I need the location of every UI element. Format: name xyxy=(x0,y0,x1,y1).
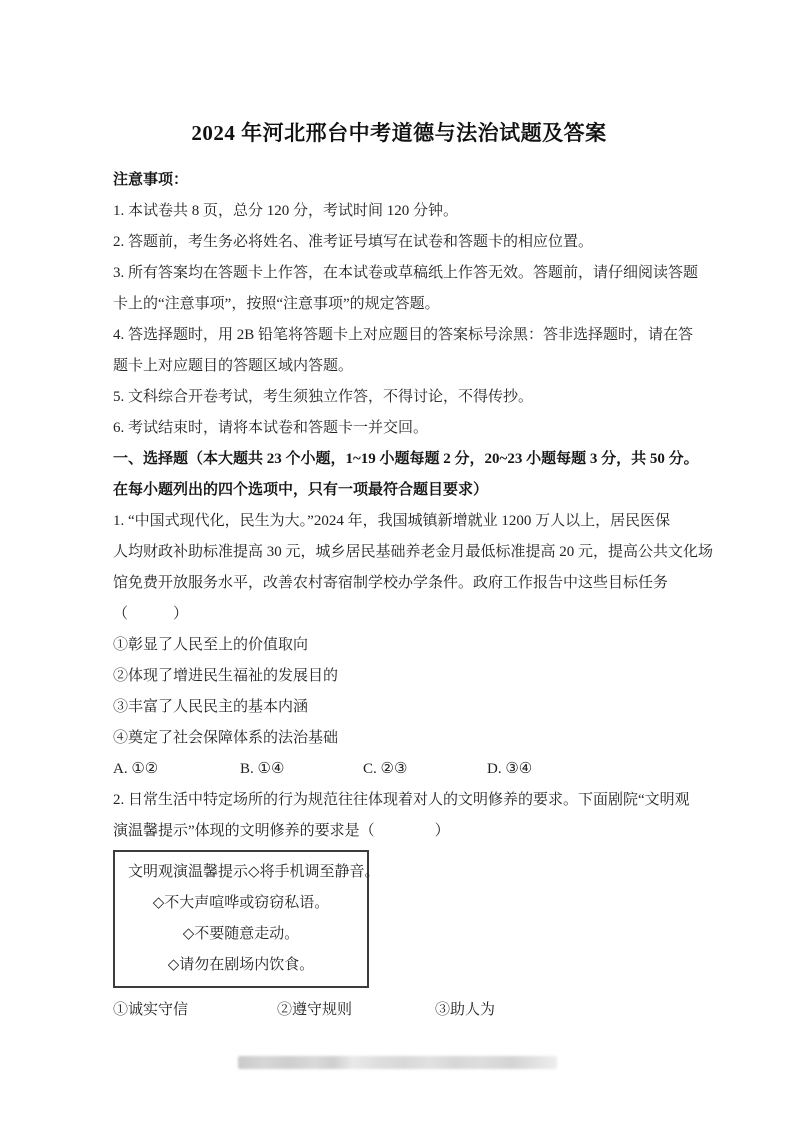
notice-item-3-line-2: 卡上的“注意事项”，按照“注意事项”的规定答题。 xyxy=(113,289,685,320)
blurred-watermark xyxy=(238,1056,557,1069)
tip-box-line-3: ◇不要随意走动。 xyxy=(126,919,356,950)
question-1-line-2: 人均财政补助标准提高 30 元，城乡居民基础养老金月最低标准提高 20 元，提高… xyxy=(113,537,685,568)
question-1-statement-1: ①彰显了人民至上的价值取向 xyxy=(113,630,685,661)
question-1-choices-row: A. ①② B. ①④ C. ②③ D. ③④ xyxy=(113,754,685,785)
document-page: 2024 年河北邢台中考道德与法治试题及答案 注意事项： 1. 本试卷共 8 页… xyxy=(0,0,793,1122)
notice-item-4-line-2: 题卡上对应题目的答题区域内答题。 xyxy=(113,351,685,382)
theater-tip-box: 文明观演温馨提示◇将手机调至静音。 ◇不大声喧哗或窃窃私语。 ◇不要随意走动。 … xyxy=(113,850,369,988)
question-1-statement-2: ②体现了增进民生福祉的发展目的 xyxy=(113,661,685,692)
question-1-line-3: 馆免费开放服务水平，改善农村寄宿制学校办学条件。政府工作报告中这些目标任务 xyxy=(113,568,685,599)
question-1-choice-a: A. ①② xyxy=(113,754,240,785)
question-2-option-3: ③助人为 xyxy=(435,995,495,1026)
tip-box-line-4: ◇请勿在剧场内饮食。 xyxy=(126,950,356,981)
question-2-option-2: ②遵守规则 xyxy=(277,995,435,1026)
question-1-choice-d: D. ③④ xyxy=(487,754,532,785)
question-1-statement-3: ③丰富了人民民主的基本内涵 xyxy=(113,692,685,723)
notice-item-1: 1. 本试卷共 8 页，总分 120 分，考试时间 120 分钟。 xyxy=(113,196,685,227)
question-2-line-2: 演温馨提示”体现的文明修养的要求是（ ） xyxy=(113,816,685,847)
notice-item-6: 6. 考试结束时，请将本试卷和答题卡一并交回。 xyxy=(113,413,685,444)
notice-heading: 注意事项： xyxy=(113,165,685,196)
question-1-line-1: 1. “中国式现代化，民生为大。”2024 年，我国城镇新增就业 1200 万人… xyxy=(113,506,685,537)
section-heading-line-2: 在每小题列出的四个选项中，只有一项最符合题目要求） xyxy=(113,475,685,506)
question-2-option-1: ①诚实守信 xyxy=(113,995,277,1026)
question-2-options-row: ①诚实守信 ②遵守规则 ③助人为 xyxy=(113,995,685,1026)
section-heading-line-1: 一、选择题（本大题共 23 个小题，1~19 小题每题 2 分，20~23 小题… xyxy=(113,444,685,475)
question-1-statement-4: ④奠定了社会保障体系的法治基础 xyxy=(113,723,685,754)
notice-item-5: 5. 文科综合开卷考试，考生须独立作答，不得讨论，不得传抄。 xyxy=(113,382,685,413)
notice-item-4-line-1: 4. 答选择题时，用 2B 铅笔将答题卡上对应题目的答案标号涂黑：答非选择题时，… xyxy=(113,320,685,351)
tip-box-line-1: 文明观演温馨提示◇将手机调至静音。 xyxy=(126,857,356,888)
tip-box-line-2: ◇不大声喧哗或窃窃私语。 xyxy=(126,888,356,919)
question-2-line-1: 2. 日常生活中特定场所的行为规范往往体现着对人的文明修养的要求。下面剧院“文明… xyxy=(113,785,685,816)
notice-item-2: 2. 答题前，考生务必将姓名、准考证号填写在试卷和答题卡的相应位置。 xyxy=(113,227,685,258)
page-title: 2024 年河北邢台中考道德与法治试题及答案 xyxy=(113,118,685,148)
notice-item-3-line-1: 3. 所有答案均在答题卡上作答，在本试卷或草稿纸上作答无效。答题前，请仔细阅读答… xyxy=(113,258,685,289)
question-1-answer-blank: （ ） xyxy=(113,599,685,630)
question-1-choice-b: B. ①④ xyxy=(240,754,363,785)
question-1-choice-c: C. ②③ xyxy=(363,754,487,785)
document-content: 2024 年河北邢台中考道德与法治试题及答案 注意事项： 1. 本试卷共 8 页… xyxy=(113,118,685,1026)
